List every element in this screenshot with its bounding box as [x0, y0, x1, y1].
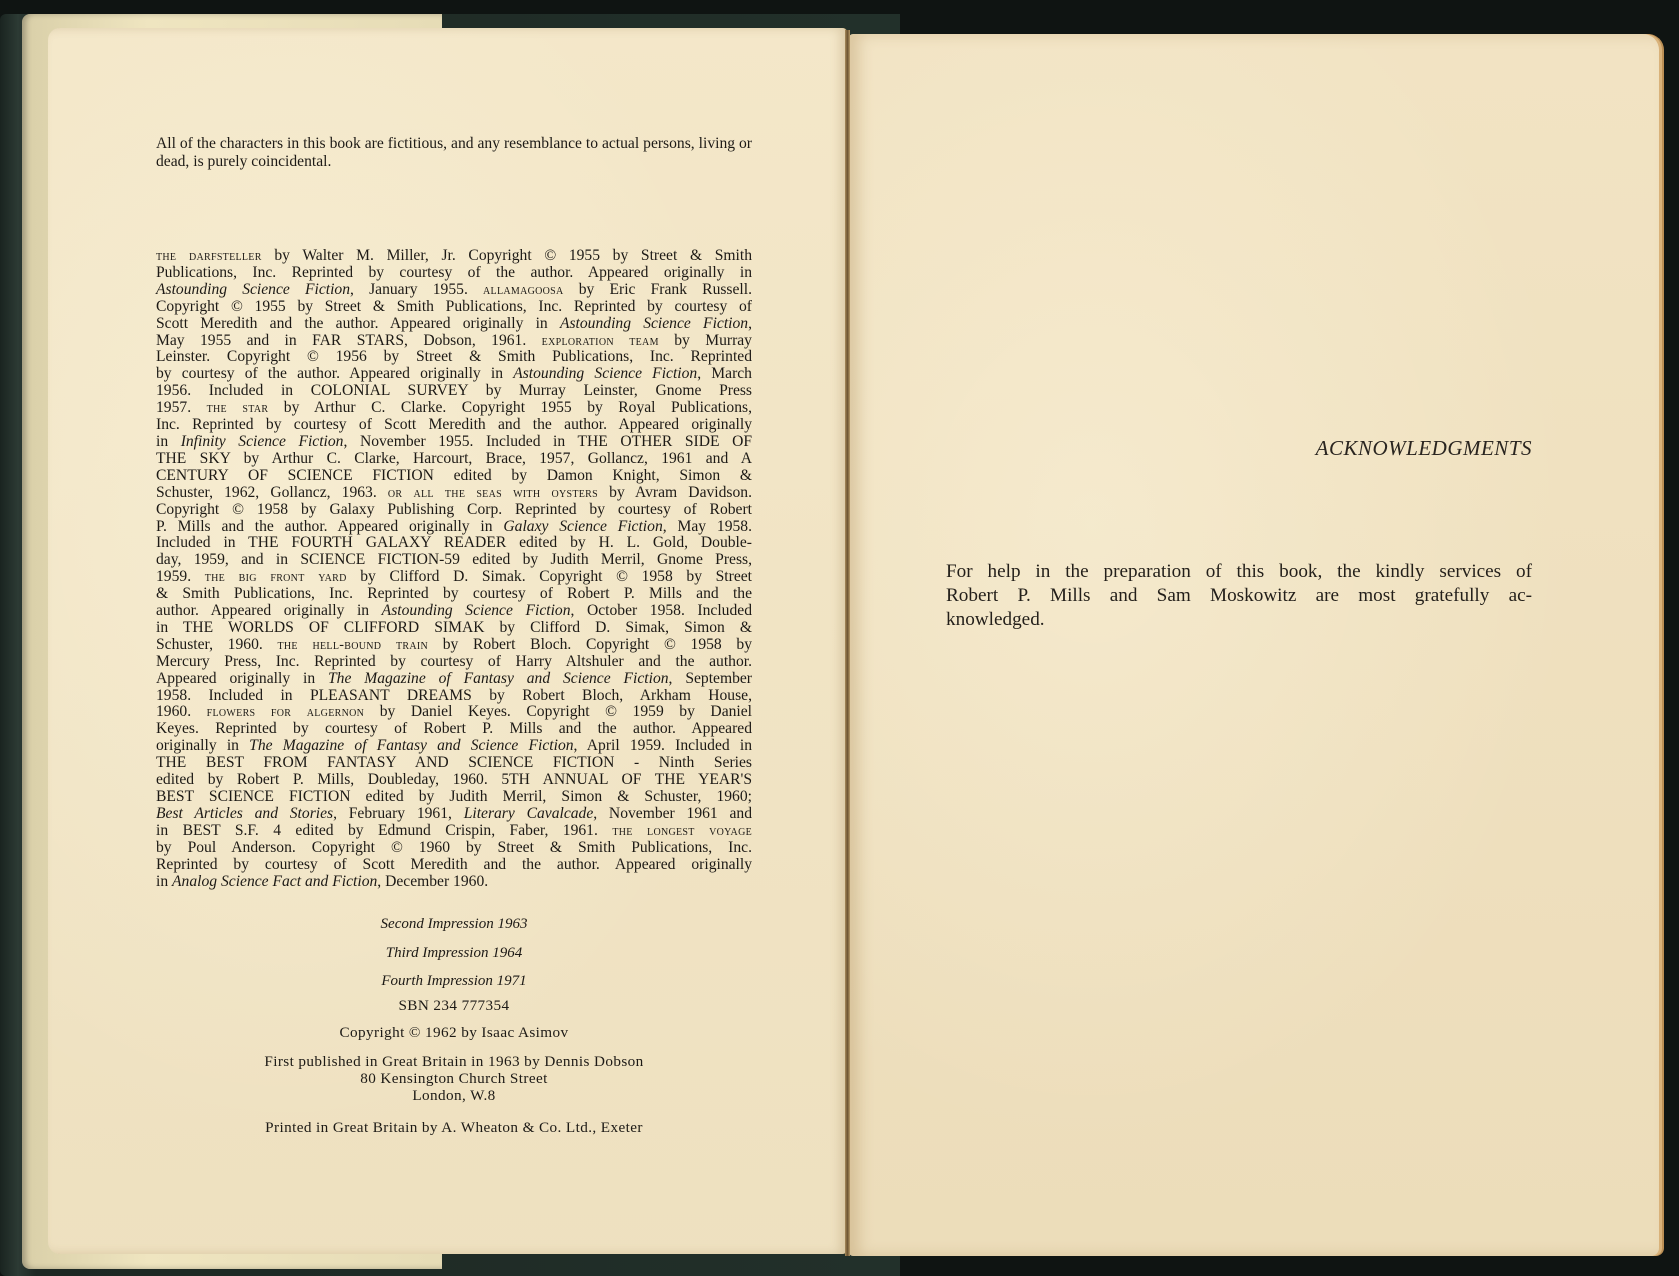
- credit-text: by Daniel Keyes. Copyright © 1959 by Dan…: [364, 703, 752, 720]
- credit-text: by Walter M. Miller, Jr. Copyright © 195…: [262, 247, 752, 264]
- credit-line: Scott Meredith and the author. Appeared …: [156, 316, 752, 333]
- acknowledgments-heading: ACKNOWLEDGMENTS: [1180, 436, 1532, 461]
- credit-line: Mercury Press, Inc. Reprinted by courtes…: [156, 654, 752, 671]
- credit-line: 1956. Included in COLONIAL SURVEY by Mur…: [156, 383, 752, 400]
- impression-second: Second Impression 1963: [156, 916, 752, 933]
- acknowledgments-text: For help in the preparation of this book…: [946, 560, 1532, 632]
- credit-text: , February 1961,: [333, 805, 464, 822]
- credit-text: Keyes. Reprinted by courtesy of Robert P…: [156, 720, 752, 737]
- credit-text: by Eric Frank Russell.: [564, 281, 752, 298]
- credit-text: 1957.: [156, 399, 207, 416]
- credit-text: Copyright © 1955 by Street & Smith Publi…: [156, 298, 752, 315]
- credit-line: Keyes. Reprinted by courtesy of Robert P…: [156, 721, 752, 738]
- credit-text: day, 1959, and in SCIENCE FICTION-59 edi…: [156, 551, 752, 568]
- credit-text: by courtesy of the author. Appeared orig…: [156, 365, 513, 382]
- credit-line: edited by Robert P. Mills, Doubleday, 19…: [156, 772, 752, 789]
- credit-line: THE BEST FROM FANTASY AND SCIENCE FICTIO…: [156, 755, 752, 772]
- credit-text: & Smith Publications, Inc. Reprinted by …: [156, 585, 752, 602]
- credit-line: 1958. Included in PLEASANT DREAMS by Rob…: [156, 688, 752, 705]
- printer-line: Printed in Great Britain by A. Wheaton &…: [156, 1120, 752, 1137]
- credit-line: THE DARFSTELLER by Walter M. Miller, Jr.…: [156, 248, 752, 265]
- credit-line: May 1955 and in FAR STARS, Dobson, 1961.…: [156, 333, 752, 350]
- publication-title: The Magazine of Fantasy and Science Fict…: [249, 737, 573, 754]
- book-gutter: [845, 30, 850, 1256]
- credit-text: Schuster, 1960.: [156, 636, 277, 653]
- credit-text: , December 1960.: [377, 873, 488, 890]
- credit-line: by Poul Anderson. Copyright © 1960 by St…: [156, 840, 752, 857]
- story-title: EXPLORATION TEAM: [542, 333, 659, 349]
- credit-text: Mercury Press, Inc. Reprinted by courtes…: [156, 653, 752, 670]
- credit-text: Copyright © 1958 by Galaxy Publishing Co…: [156, 501, 752, 518]
- credit-line: Schuster, 1962, Gollancz, 1963. OR ALL T…: [156, 485, 752, 502]
- credit-text: Schuster, 1962, Gollancz, 1963.: [156, 484, 388, 501]
- credit-line: in Infinity Science Fiction, November 19…: [156, 434, 752, 451]
- credit-text: in: [156, 873, 172, 890]
- credit-text: 1959.: [156, 568, 205, 585]
- story-title: THE DARFSTELLER: [156, 248, 262, 264]
- credit-text: May 1955 and in FAR STARS, Dobson, 1961.: [156, 332, 542, 349]
- impression-fourth: Fourth Impression 1971: [156, 973, 752, 990]
- credit-line: 1960. FLOWERS FOR ALGERNON by Daniel Key…: [156, 704, 752, 721]
- story-title: THE LONGEST VOYAGE: [612, 823, 752, 839]
- fiction-disclaimer: All of the characters in this book are f…: [156, 135, 752, 171]
- credit-text: ,: [748, 315, 752, 332]
- credit-text: , April 1959. Included in: [574, 737, 752, 754]
- publisher-line-1: First published in Great Britain in 1963…: [156, 1054, 752, 1071]
- publication-title: Astounding Science Fiction: [513, 365, 697, 382]
- credit-line: day, 1959, and in SCIENCE FICTION-59 edi…: [156, 552, 752, 569]
- credit-text: , October 1958. Included: [571, 602, 752, 619]
- publication-title: Literary Cavalcade: [464, 805, 594, 822]
- credit-text: by Avram Davidson.: [598, 484, 752, 501]
- credit-text: in BEST S.F. 4 edited by Edmund Crispin,…: [156, 822, 612, 839]
- publisher-city: London, W.8: [156, 1088, 752, 1105]
- credit-text: THE SKY by Arthur C. Clarke, Harcourt, B…: [156, 450, 752, 467]
- credit-line: Appeared originally in The Magazine of F…: [156, 671, 752, 688]
- credit-line: Copyright © 1955 by Street & Smith Publi…: [156, 299, 752, 316]
- publication-title: Best Articles and Stories: [156, 805, 333, 822]
- credit-line: & Smith Publications, Inc. Reprinted by …: [156, 586, 752, 603]
- story-title: OR ALL THE SEAS WITH OYSTERS: [388, 485, 598, 501]
- credit-line: Best Articles and Stories, February 1961…: [156, 806, 752, 823]
- acknowledgments-page: [849, 34, 1659, 1256]
- credit-line: in Analog Science Fact and Fiction, Dece…: [156, 874, 752, 891]
- publication-title: Analog Science Fact and Fiction: [172, 873, 377, 890]
- credit-line: Inc. Reprinted by courtesy of Scott Mere…: [156, 417, 752, 434]
- credit-text: P. Mills and the author. Appeared origin…: [156, 518, 503, 535]
- copyright-line: Copyright © 1962 by Isaac Asimov: [156, 1025, 752, 1042]
- credit-line: in THE WORLDS OF CLIFFORD SIMAK by Cliff…: [156, 620, 752, 637]
- credit-text: CENTURY OF SCIENCE FICTION edited by Dam…: [156, 467, 752, 484]
- credit-line: THE SKY by Arthur C. Clarke, Harcourt, B…: [156, 451, 752, 468]
- ack-line: Robert P. Mills and Sam Moskowitz are mo…: [946, 584, 1532, 608]
- story-title: THE BIG FRONT YARD: [205, 569, 347, 585]
- credit-text: by Arthur C. Clarke. Copyright 1955 by R…: [268, 399, 752, 416]
- credit-text: Reprinted by courtesy of Scott Meredith …: [156, 856, 752, 873]
- sbn-number: SBN 234 777354: [156, 998, 752, 1015]
- story-title: THE STAR: [207, 400, 269, 416]
- ack-line: For help in the preparation of this book…: [946, 560, 1532, 584]
- credit-text: , November 1955. Included in THE OTHER S…: [343, 433, 752, 450]
- publication-title: The Magazine of Fantasy and Science Fict…: [328, 670, 669, 687]
- credit-text: , May 1958.: [663, 518, 752, 535]
- credit-text: Leinster. Copyright © 1956 by Street & S…: [156, 348, 752, 365]
- credit-text: Inc. Reprinted by courtesy of Scott Mere…: [156, 416, 752, 433]
- story-title: FLOWERS FOR ALGERNON: [207, 704, 365, 720]
- credit-text: by Poul Anderson. Copyright © 1960 by St…: [156, 839, 752, 856]
- credit-line: Schuster, 1960. THE HELL-BOUND TRAIN by …: [156, 637, 752, 654]
- credit-text: by Clifford D. Simak. Copyright © 1958 b…: [347, 568, 752, 585]
- credit-text: Included in THE FOURTH GALAXY READER edi…: [156, 534, 752, 551]
- credit-text: , November 1961 and: [593, 805, 752, 822]
- publication-title: Galaxy Science Fiction: [503, 518, 662, 535]
- credit-text: , September: [669, 670, 752, 687]
- credit-line: Leinster. Copyright © 1956 by Street & S…: [156, 349, 752, 366]
- credit-line: Astounding Science Fiction, January 1955…: [156, 282, 752, 299]
- story-title: THE HELL-BOUND TRAIN: [277, 637, 428, 653]
- credit-line: CENTURY OF SCIENCE FICTION edited by Dam…: [156, 468, 752, 485]
- credit-line: in BEST S.F. 4 edited by Edmund Crispin,…: [156, 823, 752, 840]
- publication-title: Astounding Science Fiction: [560, 315, 748, 332]
- credit-text: author. Appeared originally in: [156, 602, 382, 619]
- credit-line: 1957. THE STAR by Arthur C. Clarke. Copy…: [156, 400, 752, 417]
- credit-text: by Robert Bloch. Copyright © 1958 by: [428, 636, 752, 653]
- credit-line: by courtesy of the author. Appeared orig…: [156, 366, 752, 383]
- credit-line: Copyright © 1958 by Galaxy Publishing Co…: [156, 502, 752, 519]
- credit-text: BEST SCIENCE FICTION edited by Judith Me…: [156, 788, 752, 805]
- credit-text: in THE WORLDS OF CLIFFORD SIMAK by Cliff…: [156, 619, 752, 636]
- publication-title: Infinity Science Fiction: [181, 433, 344, 450]
- credit-text: Publications, Inc. Reprinted by courtesy…: [156, 264, 752, 281]
- credit-text: 1960.: [156, 703, 207, 720]
- credit-line: Reprinted by courtesy of Scott Meredith …: [156, 857, 752, 874]
- story-title: ALLAMAGOOSA: [483, 282, 564, 298]
- credit-text: originally in: [156, 737, 249, 754]
- ack-line: knowledged.: [946, 608, 1532, 632]
- credit-line: 1959. THE BIG FRONT YARD by Clifford D. …: [156, 569, 752, 586]
- credit-text: 1956. Included in COLONIAL SURVEY by Mur…: [156, 382, 752, 399]
- credit-text: Appeared originally in: [156, 670, 328, 687]
- credit-line: Publications, Inc. Reprinted by courtesy…: [156, 265, 752, 282]
- impression-third: Third Impression 1964: [156, 945, 752, 962]
- credit-line: author. Appeared originally in Astoundin…: [156, 603, 752, 620]
- credit-text: THE BEST FROM FANTASY AND SCIENCE FICTIO…: [156, 754, 752, 771]
- credit-text: , March: [697, 365, 752, 382]
- credit-text: , January 1955.: [350, 281, 483, 298]
- credit-text: Scott Meredith and the author. Appeared …: [156, 315, 560, 332]
- story-credits-block: THE DARFSTELLER by Walter M. Miller, Jr.…: [156, 248, 752, 890]
- publication-title: Astounding Science Fiction: [156, 281, 350, 298]
- credit-text: by Murray: [659, 332, 752, 349]
- credit-text: 1958. Included in PLEASANT DREAMS by Rob…: [156, 687, 752, 704]
- publication-title: Astounding Science Fiction: [382, 602, 571, 619]
- credit-text: edited by Robert P. Mills, Doubleday, 19…: [156, 771, 752, 788]
- credit-line: originally in The Magazine of Fantasy an…: [156, 738, 752, 755]
- credit-line: P. Mills and the author. Appeared origin…: [156, 519, 752, 536]
- publisher-address: 80 Kensington Church Street: [156, 1071, 752, 1088]
- credit-line: BEST SCIENCE FICTION edited by Judith Me…: [156, 789, 752, 806]
- credit-line: Included in THE FOURTH GALAXY READER edi…: [156, 535, 752, 552]
- credit-text: in: [156, 433, 181, 450]
